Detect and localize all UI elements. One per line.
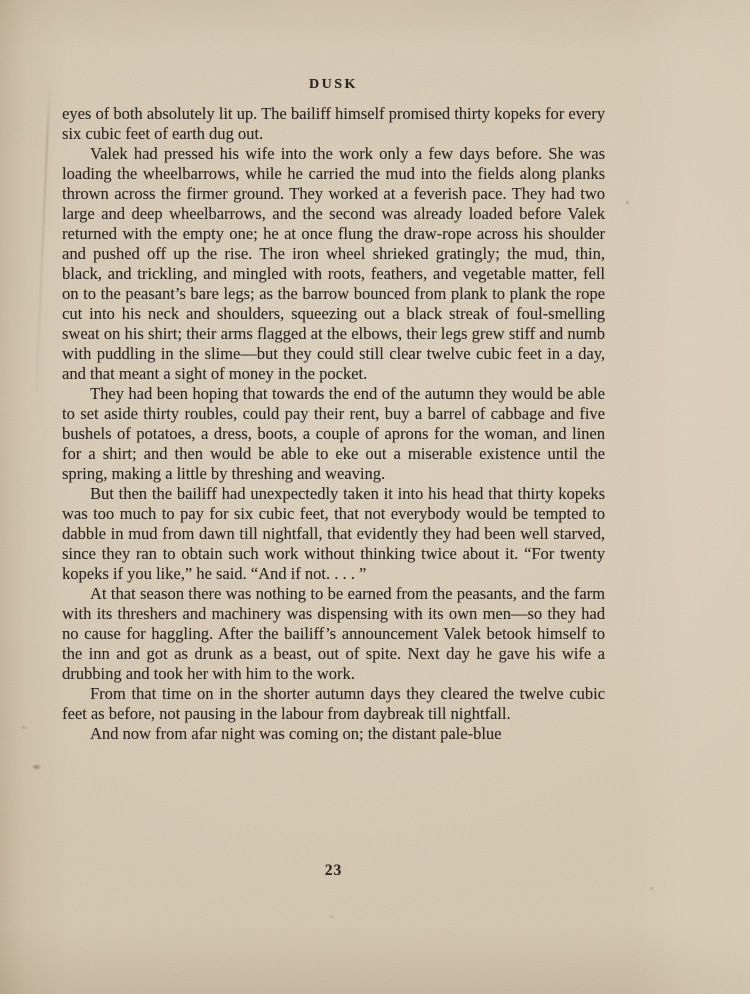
running-header: DUSK [62,77,605,93]
paragraph: They had been hoping that towards the en… [62,384,605,484]
paper-speck [22,726,25,729]
paper-speck [330,916,333,918]
page-body: eyes of both absolutely lit up. The bail… [62,104,605,744]
book-page: DUSK eyes of both absolutely lit up. The… [0,0,750,994]
page-crease [35,82,51,392]
paragraph: At that season there was nothing to be e… [62,584,605,684]
paragraph: And now from afar night was coming on; t… [62,724,605,744]
paper-speck [650,887,653,890]
paragraph: From that time on in the shorter autumn … [62,684,605,724]
paragraph: Valek had pressed his wife into the work… [62,144,605,384]
paper-speck [626,201,629,204]
paragraph: But then the bailiff had unexpectedly ta… [62,484,605,584]
paper-speck [33,765,40,769]
paragraph: eyes of both absolutely lit up. The bail… [62,104,605,144]
page-number: 23 [62,862,605,880]
